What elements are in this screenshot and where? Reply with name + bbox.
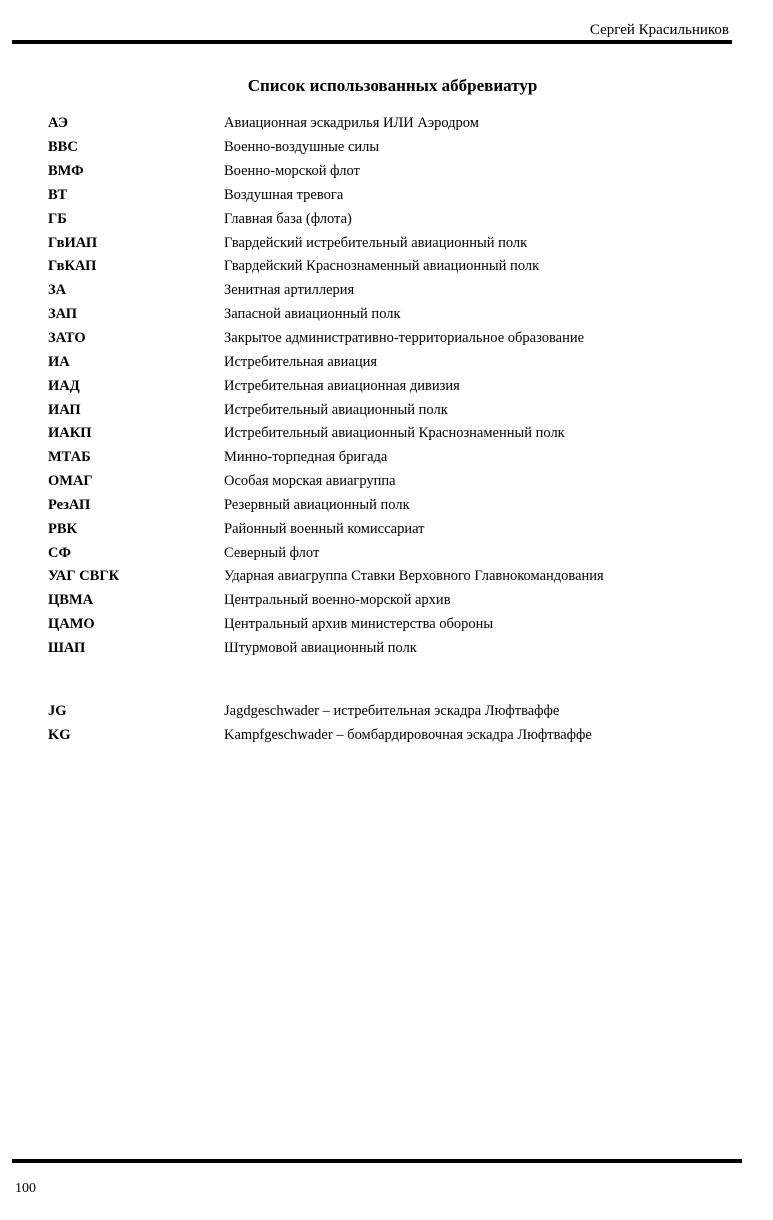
abbreviation-definition: Центральный архив министерства обороны: [224, 616, 748, 633]
abbreviation-row: ШАПШтурмовой авиационный полк: [48, 637, 748, 661]
abbreviation-term: JG: [48, 703, 224, 720]
abbreviation-row: ИАДИстребительная авиационная дивизия: [48, 374, 748, 398]
abbreviation-definition: Штурмовой авиационный полк: [224, 640, 748, 657]
abbreviation-definition: Истребительный авиационный полк: [224, 402, 748, 419]
abbreviation-row: ИАКПИстребительный авиационный Краснозна…: [48, 422, 748, 446]
abbreviation-definition: Запасной авиационный полк: [224, 306, 748, 323]
abbreviation-row: ЗАТОЗакрытое административно-территориал…: [48, 327, 748, 351]
abbreviation-term: ГБ: [48, 211, 224, 228]
abbreviation-definition: Резервный авиационный полк: [224, 497, 748, 514]
abbreviation-definition: Истребительная авиация: [224, 354, 748, 371]
abbreviation-term: ЗАП: [48, 306, 224, 323]
abbreviation-term: ЗАТО: [48, 330, 224, 347]
abbreviation-term: ГвИАП: [48, 235, 224, 252]
abbreviation-definition: Авиационная эскадрилья ИЛИ Аэродром: [224, 115, 748, 132]
abbreviation-row: ЦВМАЦентральный военно-морской архив: [48, 589, 748, 613]
abbreviation-term: ЗА: [48, 282, 224, 299]
abbreviation-term: KG: [48, 727, 224, 744]
abbreviation-definition: Районный военный комиссариат: [224, 521, 748, 538]
abbreviation-term: АЭ: [48, 115, 224, 132]
abbreviation-definition: Jagdgeschwader – истребительная эскадра …: [224, 703, 748, 720]
abbreviation-definition: Центральный военно-морской архив: [224, 592, 748, 609]
abbreviation-term: ВМФ: [48, 163, 224, 180]
page-title: Список использованных аббревиатур: [0, 75, 773, 97]
abbreviation-list: АЭАвиационная эскадрилья ИЛИ АэродромВВС…: [48, 112, 748, 660]
abbreviation-row: МТАБМинно-торпедная бригада: [48, 446, 748, 470]
abbreviation-definition: Закрытое административно-территориальное…: [224, 330, 748, 347]
abbreviation-row: ЗАЗенитная артиллерия: [48, 279, 748, 303]
abbreviation-definition: Минно-торпедная бригада: [224, 449, 748, 466]
abbreviation-row: ИАИстребительная авиация: [48, 350, 748, 374]
abbreviation-definition: Ударная авиагруппа Ставки Верховного Гла…: [224, 568, 748, 585]
abbreviation-term: СФ: [48, 545, 224, 562]
abbreviation-row: РВКРайонный военный комиссариат: [48, 517, 748, 541]
abbreviation-term: ИАП: [48, 402, 224, 419]
abbreviation-row: ГвКАПГвардейский Краснознаменный авиацио…: [48, 255, 748, 279]
abbreviation-definition: Воздушная тревога: [224, 187, 748, 204]
abbreviation-term: ИАКП: [48, 425, 224, 442]
abbreviation-term: ОМАГ: [48, 473, 224, 490]
abbreviation-row: ГвИАПГвардейский истребительный авиацион…: [48, 231, 748, 255]
abbreviation-term: РезАП: [48, 497, 224, 514]
abbreviation-definition: Истребительная авиационная дивизия: [224, 378, 748, 395]
abbreviation-definition: Главная база (флота): [224, 211, 748, 228]
abbreviation-term: ИА: [48, 354, 224, 371]
abbreviation-term: ЦАМО: [48, 616, 224, 633]
abbreviation-row: ВВСВоенно-воздушные силы: [48, 136, 748, 160]
abbreviation-definition: Военно-воздушные силы: [224, 139, 748, 156]
abbreviation-row: KGKampfgeschwader – бомбардировочная эск…: [48, 724, 748, 748]
abbreviation-definition: Особая морская авиагруппа: [224, 473, 748, 490]
abbreviation-row: УАГ СВГКУдарная авиагруппа Ставки Верхов…: [48, 565, 748, 589]
abbreviation-definition: Военно-морской флот: [224, 163, 748, 180]
abbreviation-term: ЦВМА: [48, 592, 224, 609]
abbreviation-row: ГБГлавная база (флота): [48, 207, 748, 231]
abbreviation-definition: Гвардейский Краснознаменный авиационный …: [224, 258, 748, 275]
abbreviation-term: ВТ: [48, 187, 224, 204]
header-rule: [12, 40, 732, 44]
abbreviation-term: ВВС: [48, 139, 224, 156]
abbreviation-term: РВК: [48, 521, 224, 538]
abbreviation-row: ЗАПЗапасной авиационный полк: [48, 303, 748, 327]
abbreviation-definition: Kampfgeschwader – бомбардировочная эскад…: [224, 727, 748, 744]
abbreviation-row: РезАПРезервный авиационный полк: [48, 494, 748, 518]
abbreviation-row: ОМАГОсобая морская авиагруппа: [48, 470, 748, 494]
abbreviation-term: ШАП: [48, 640, 224, 657]
abbreviation-row: ИАПИстребительный авиационный полк: [48, 398, 748, 422]
abbreviation-definition: Гвардейский истребительный авиационный п…: [224, 235, 748, 252]
abbreviation-definition: Истребительный авиационный Краснознаменн…: [224, 425, 748, 442]
abbreviation-row: ЦАМОЦентральный архив министерства оборо…: [48, 613, 748, 637]
abbreviation-term: ИАД: [48, 378, 224, 395]
abbreviation-term: МТАБ: [48, 449, 224, 466]
abbreviation-term: ГвКАП: [48, 258, 224, 275]
page-number: 100: [15, 1180, 36, 1198]
abbreviation-term: УАГ СВГК: [48, 568, 224, 585]
abbreviation-row: АЭАвиационная эскадрилья ИЛИ Аэродром: [48, 112, 748, 136]
running-head-author: Сергей Красильников: [590, 21, 729, 39]
abbreviation-row: ВМФВоенно-морской флот: [48, 160, 748, 184]
abbreviation-row: ВТВоздушная тревога: [48, 184, 748, 208]
footer-rule: [12, 1159, 742, 1163]
foreign-abbreviation-list: JGJagdgeschwader – истребительная эскадр…: [48, 700, 748, 748]
abbreviation-row: СФСеверный флот: [48, 541, 748, 565]
abbreviation-row: JGJagdgeschwader – истребительная эскадр…: [48, 700, 748, 724]
abbreviation-definition: Зенитная артиллерия: [224, 282, 748, 299]
abbreviation-definition: Северный флот: [224, 545, 748, 562]
